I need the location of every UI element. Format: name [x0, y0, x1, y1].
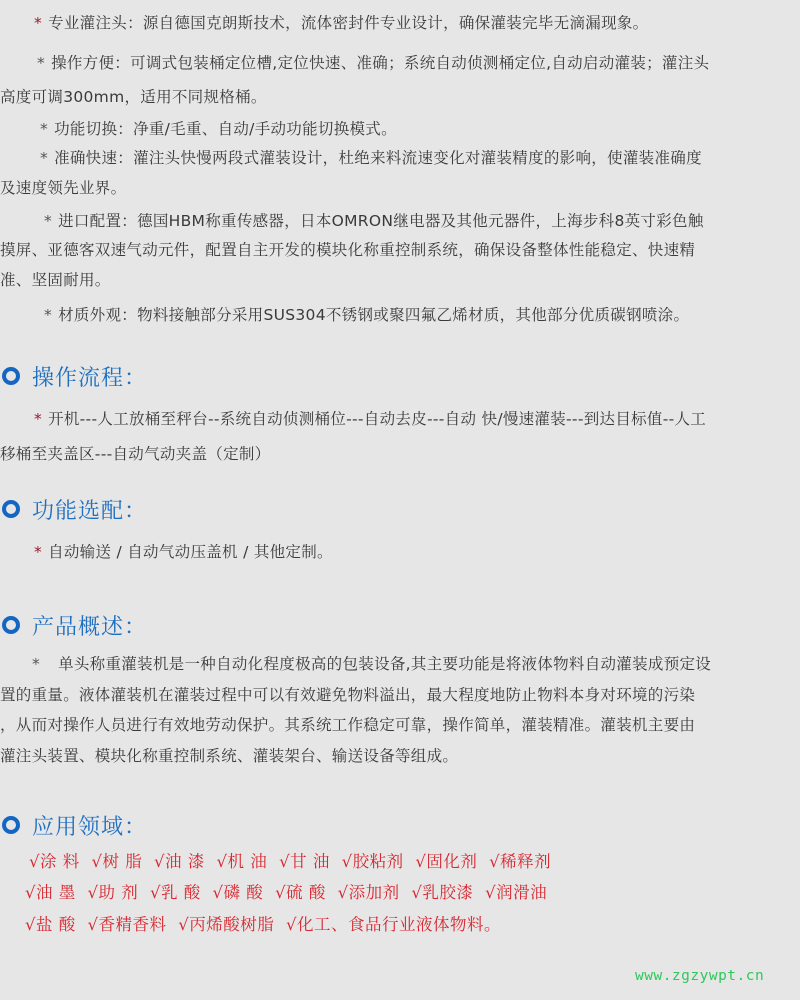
overview-line-continued: 灌注头装置、模块化称重控制系统、灌装架台、输送设备等组成。 [0, 745, 800, 767]
application-tag: √乳 酸 [150, 883, 201, 902]
application-tag: √固化剂 [415, 852, 477, 871]
overview-text: *单头称重灌装机是一种自动化程度极高的包装设备,其主要功能是将液体物料自动灌装成… [0, 653, 800, 675]
application-tag: √乳胶漆 [411, 883, 473, 902]
applications-row: √涂 料 √树 脂 √油 漆 √机 油 √甘 油 √胶粘剂 √固化剂 √稀释剂 [0, 851, 800, 873]
feature-text: 材质外观：物料接触部分采用SUS304不锈钢或聚四氟乙烯材质，其他部分优质碳钢喷… [58, 306, 689, 324]
application-tag: √化工、食品行业液体物料。 [286, 915, 501, 934]
circle-bullet-icon [2, 816, 20, 834]
application-tag: √助 剂 [88, 883, 139, 902]
feature-text: 功能切换：净重/毛重、自动/手动功能切换模式。 [54, 120, 397, 138]
process-text: *开机---人工放桶至秤台--系统自动侦测桶位---自动去皮---自动 快/慢速… [0, 408, 800, 430]
feature-item: *功能切换：净重/毛重、自动/手动功能切换模式。 [0, 118, 800, 140]
feature-item: *材质外观：物料接触部分采用SUS304不锈钢或聚四氟乙烯材质，其他部分优质碳钢… [0, 304, 800, 326]
feature-item: *专业灌注头：源自德国克朗斯技术，流体密封件专业设计，确保灌装完毕无滴漏现象。 [0, 12, 800, 34]
feature-text: 准确快速：灌注头快慢两段式灌装设计，杜绝来料流速变化对灌装精度的影响，使灌装准确… [54, 149, 702, 167]
feature-text-continued: 及速度领先业界。 [0, 177, 800, 199]
feature-text: 专业灌注头：源自德国克朗斯技术，流体密封件专业设计，确保灌装完毕无滴漏现象。 [48, 14, 648, 32]
bullet-star: * [34, 410, 42, 428]
bullet-star: * [44, 306, 52, 324]
application-tag: √胶粘剂 [342, 852, 404, 871]
circle-bullet-icon [2, 616, 20, 634]
heading-text: 应用领域： [32, 810, 147, 841]
process-line-continued: 移桶至夹盖区---自动气动夹盖（定制） [0, 443, 800, 465]
application-tag: √磷 酸 [213, 883, 264, 902]
application-tag: √添加剂 [338, 883, 400, 902]
feature-item: *准确快速：灌注头快慢两段式灌装设计，杜绝来料流速变化对灌装精度的影响，使灌装准… [0, 147, 800, 169]
heading-text: 操作流程： [32, 361, 147, 392]
application-tag: √油 墨 [25, 883, 76, 902]
section-heading-process: 操作流程： [0, 361, 147, 391]
feature-item: *操作方便：可调式包装桶定位槽,定位快速、准确；系统自动侦测桶定位,自动启动灌装… [0, 52, 800, 74]
overview-line: 单头称重灌装机是一种自动化程度极高的包装设备,其主要功能是将液体物料自动灌装成预… [58, 655, 711, 673]
feature-text-continued: 准、坚固耐用。 [0, 269, 800, 291]
section-heading-overview: 产品概述： [0, 610, 147, 640]
options-text: *自动输送 / 自动气动压盖机 / 其他定制。 [0, 541, 800, 563]
application-tag: √机 油 [217, 852, 268, 871]
heading-text: 产品概述： [32, 610, 147, 641]
bullet-star: * [34, 543, 42, 561]
application-tag: √盐 酸 [25, 915, 76, 934]
bullet-star: * [44, 212, 52, 230]
circle-bullet-icon [2, 367, 20, 385]
bullet-star: * [34, 14, 42, 32]
application-tag: √稀释剂 [489, 852, 551, 871]
feature-item: *进口配置：德国HBM称重传感器，日本OMRON继电器及其他元器件，上海步科8英… [0, 210, 800, 232]
applications-row: √盐 酸 √香精香料 √丙烯酸树脂 √化工、食品行业液体物料。 [0, 914, 800, 936]
bullet-star: * [37, 54, 45, 72]
application-tag: √硫 酸 [275, 883, 326, 902]
bullet-star: * [32, 655, 40, 673]
section-heading-applications: 应用领域： [0, 810, 147, 840]
feature-text-continued: 摸屏、亚德客双速气动元件，配置自主开发的模块化称重控制系统，确保设备整体性能稳定… [0, 239, 800, 261]
application-tag: √甘 油 [279, 852, 330, 871]
product-description-page: *专业灌注头：源自德国克朗斯技术，流体密封件专业设计，确保灌装完毕无滴漏现象。 … [0, 0, 800, 1000]
process-line: 开机---人工放桶至秤台--系统自动侦测桶位---自动去皮---自动 快/慢速灌… [48, 410, 706, 428]
overview-line-continued: 置的重量。液体灌装机在灌装过程中可以有效避免物料溢出，最大程度地防止物料本身对环… [0, 684, 800, 706]
feature-text-continued: 高度可调300mm，适用不同规格桶。 [0, 86, 800, 108]
feature-text: 操作方便：可调式包装桶定位槽,定位快速、准确；系统自动侦测桶定位,自动启动灌装；… [51, 54, 709, 72]
bullet-star: * [40, 149, 48, 167]
feature-text: 进口配置：德国HBM称重传感器，日本OMRON继电器及其他元器件，上海步科8英寸… [58, 212, 704, 230]
application-tag: √树 脂 [92, 852, 143, 871]
application-tag: √油 漆 [154, 852, 205, 871]
options-line: 自动输送 / 自动气动压盖机 / 其他定制。 [48, 543, 333, 561]
application-tag: √涂 料 [29, 852, 80, 871]
circle-bullet-icon [2, 500, 20, 518]
application-tag: √香精香料 [88, 915, 167, 934]
bullet-star: * [40, 120, 48, 138]
section-heading-options: 功能选配： [0, 494, 147, 524]
watermark-url: www.zgzywpt.cn [635, 968, 764, 984]
application-tag: √丙烯酸树脂 [178, 915, 274, 934]
applications-row: √油 墨 √助 剂 √乳 酸 √磷 酸 √硫 酸 √添加剂 √乳胶漆 √润滑油 [0, 882, 800, 904]
heading-text: 功能选配： [32, 494, 147, 525]
application-tag: √润滑油 [485, 883, 547, 902]
overview-line-continued: ，从而对操作人员进行有效地劳动保护。其系统工作稳定可靠，操作简单，灌装精准。灌装… [0, 714, 800, 736]
